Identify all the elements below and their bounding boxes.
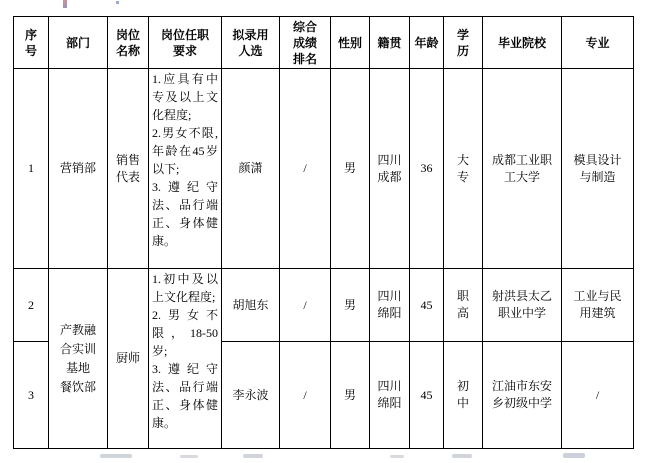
cell-r3-rank: / [280,342,331,449]
table-row: 2 产教融 合实训 基地 餐饮部 厨师 1.初中及以上文化程度; 2.男女不限，… [14,269,634,342]
table-row: 1 营销部 销售 代表 1.应具有中专及以上文化程度; 2.男女不限,年龄在45… [14,69,634,269]
cell-r3-gender: 男 [331,342,370,449]
header-seq: 序 号 [14,17,49,69]
cell-r3-education: 初 中 [444,342,483,449]
cut-off-text-artifact [452,454,472,458]
header-rank: 综合 成绩 排名 [280,17,331,69]
cell-r3-candidate: 李永波 [222,342,280,449]
cell-r2-school: 射洪县太乙 职业中学 [483,269,562,342]
cell-r1-hometown: 四川 成都 [370,69,410,269]
cell-r1-candidate: 颜潇 [222,69,280,269]
header-major: 专业 [562,17,634,69]
header-requirements: 岗位任职 要求 [149,17,222,69]
cell-r1-seq: 1 [14,69,49,269]
cell-r2-candidate: 胡旭东 [222,269,280,342]
cell-r1-school: 成都工业职 工大学 [483,69,562,269]
header-education: 学 历 [444,17,483,69]
cell-r3-school: 江油市东安 乡初级中学 [483,342,562,449]
cell-r2-rank: / [280,269,331,342]
header-department: 部门 [49,17,108,69]
header-position-name: 岗位 名称 [108,17,149,69]
cell-r23-requirements: 1.初中及以上文化程度; 2.男女不限，18-50岁; 3.遵纪守法、品行端正、… [149,269,222,449]
cell-r2-education: 职 高 [444,269,483,342]
header-gender: 性别 [331,17,370,69]
header-candidate: 拟录用 人选 [222,17,280,69]
cell-r1-requirements: 1.应具有中专及以上文化程度; 2.男女不限,年龄在45岁以下; 3.遵纪守法、… [149,69,222,269]
header-school: 毕业院校 [483,17,562,69]
cell-r2-age: 45 [410,269,444,342]
cell-r1-major: 模具设计 与制造 [562,69,634,269]
cell-r23-department: 产教融 合实训 基地 餐饮部 [49,269,108,449]
cell-r3-hometown: 四川 绵阳 [370,342,410,449]
cell-r23-position: 厨师 [108,269,149,449]
cell-r2-seq: 2 [14,269,49,342]
cell-r1-department: 营销部 [49,69,108,269]
cell-r2-hometown: 四川 绵阳 [370,269,410,342]
cell-r3-major: / [562,342,634,449]
cell-r2-gender: 男 [331,269,370,342]
header-hometown: 籍贯 [370,17,410,69]
cut-off-text-artifact [243,454,263,458]
document-page: 序 号 部门 岗位 名称 岗位任职 要求 拟录用 人选 综合 成绩 排名 性别 … [0,0,652,463]
cut-off-text-artifact [563,453,585,458]
cut-off-text-artifact [100,454,132,458]
cut-off-text-artifact [116,1,119,4]
recruitment-table: 序 号 部门 岗位 名称 岗位任职 要求 拟录用 人选 综合 成绩 排名 性别 … [13,16,634,449]
cell-r3-seq: 3 [14,342,49,449]
cell-r1-age: 36 [410,69,444,269]
table-header-row: 序 号 部门 岗位 名称 岗位任职 要求 拟录用 人选 综合 成绩 排名 性别 … [14,17,634,69]
cell-r1-position: 销售 代表 [108,69,149,269]
cell-r1-rank: / [280,69,331,269]
cut-off-text-artifact [390,455,404,458]
cut-off-text-artifact [180,455,198,458]
cell-r1-education: 大 专 [444,69,483,269]
header-age: 年龄 [410,17,444,69]
cell-r1-gender: 男 [331,69,370,269]
cell-r2-major: 工业与民 用建筑 [562,269,634,342]
cut-off-text-artifact [63,0,67,8]
cell-r3-age: 45 [410,342,444,449]
